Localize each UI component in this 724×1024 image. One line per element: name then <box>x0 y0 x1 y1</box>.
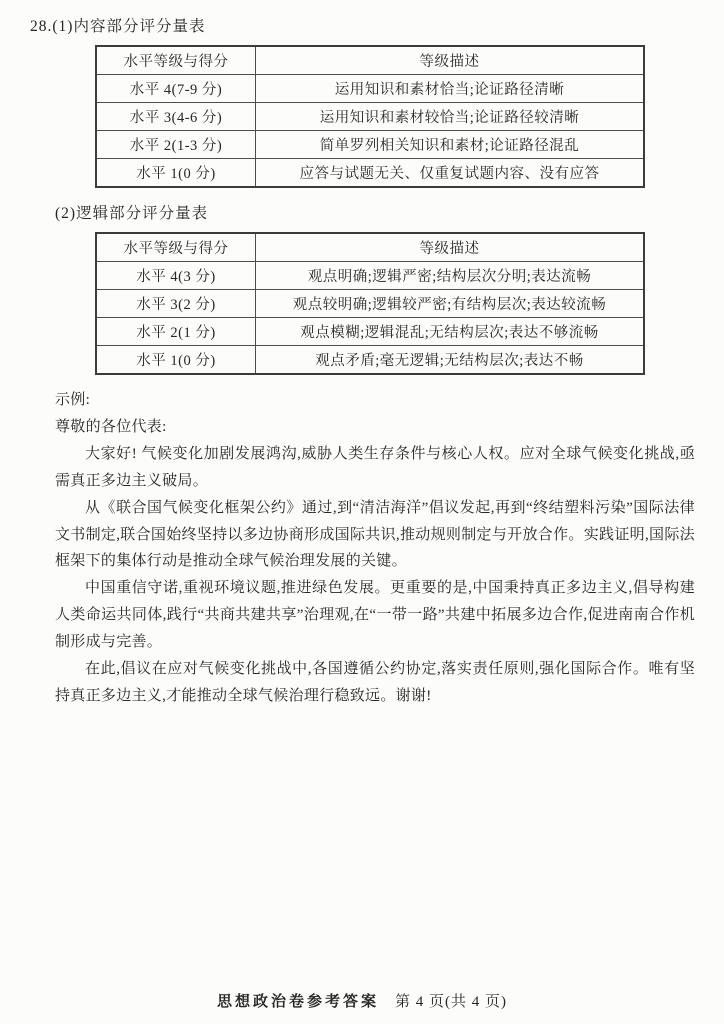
level-cell: 水平 2(1-3 分) <box>96 131 256 159</box>
salutation: 尊敬的各位代表: <box>55 414 695 441</box>
table-row: 水平 3(2 分) 观点较明确;逻辑较严密;有结构层次;表达较流畅 <box>96 290 644 318</box>
level-cell: 水平 3(4-6 分) <box>96 103 256 131</box>
table-row: 水平 2(1-3 分) 简单罗列相关知识和素材;论证路径混乱 <box>96 131 644 159</box>
desc-cell: 简单罗列相关知识和素材;论证路径混乱 <box>256 131 645 159</box>
table-row: 水平 4(3 分) 观点明确;逻辑严密;结构层次分明;表达流畅 <box>96 262 644 290</box>
level-cell: 水平 4(7-9 分) <box>96 75 256 103</box>
content-section-title: 28.(1)内容部分评分量表 <box>30 14 724 36</box>
example-label: 示例: <box>55 387 695 414</box>
footer-page-number: 第 4 页(共 4 页) <box>395 994 507 1010</box>
table-row: 水平 1(0 分) 应答与试题无关、仅重复试题内容、没有应答 <box>96 159 644 188</box>
logic-table-header-desc: 等级描述 <box>256 233 645 262</box>
paragraph-2: 从《联合国气候变化框架公约》通过,到“清洁海洋”倡议发起,再到“终结塑料污染”国… <box>55 495 695 576</box>
desc-cell: 应答与试题无关、仅重复试题内容、没有应答 <box>256 159 645 188</box>
logic-section-title: (2)逻辑部分评分量表 <box>55 201 724 223</box>
example-answer-text: 示例: 尊敬的各位代表: 大家好! 气候变化加剧发展鸿沟,威胁人类生存条件与核心… <box>55 387 695 710</box>
logic-table-header-level: 水平等级与得分 <box>96 233 256 262</box>
table-row: 水平 4(7-9 分) 运用知识和素材恰当;论证路径清晰 <box>96 75 644 103</box>
level-cell: 水平 4(3 分) <box>96 262 256 290</box>
level-cell: 水平 3(2 分) <box>96 290 256 318</box>
footer-answer-key-title: 思想政治卷参考答案 <box>217 994 379 1010</box>
level-cell: 水平 1(0 分) <box>96 159 256 188</box>
desc-cell: 运用知识和素材较恰当;论证路径较清晰 <box>256 103 645 131</box>
desc-cell: 观点较明确;逻辑较严密;有结构层次;表达较流畅 <box>256 290 645 318</box>
table-header-row: 水平等级与得分 等级描述 <box>96 233 644 262</box>
level-cell: 水平 1(0 分) <box>96 346 256 375</box>
desc-cell: 观点模糊;逻辑混乱;无结构层次;表达不够流畅 <box>256 318 645 346</box>
desc-cell: 观点明确;逻辑严密;结构层次分明;表达流畅 <box>256 262 645 290</box>
page-footer: 思想政治卷参考答案第 4 页(共 4 页) <box>0 990 724 1011</box>
logic-scoring-table: 水平等级与得分 等级描述 水平 4(3 分) 观点明确;逻辑严密;结构层次分明;… <box>95 232 645 375</box>
desc-cell: 运用知识和素材恰当;论证路径清晰 <box>256 75 645 103</box>
table-header-row: 水平等级与得分 等级描述 <box>96 46 644 75</box>
exam-answer-page: 28.(1)内容部分评分量表 水平等级与得分 等级描述 水平 4(7-9 分) … <box>0 0 724 1024</box>
content-table-header-desc: 等级描述 <box>256 46 645 75</box>
table-row: 水平 2(1 分) 观点模糊;逻辑混乱;无结构层次;表达不够流畅 <box>96 318 644 346</box>
table-row: 水平 3(4-6 分) 运用知识和素材较恰当;论证路径较清晰 <box>96 103 644 131</box>
content-scoring-table: 水平等级与得分 等级描述 水平 4(7-9 分) 运用知识和素材恰当;论证路径清… <box>95 45 645 188</box>
desc-cell: 观点矛盾;毫无逻辑;无结构层次;表达不畅 <box>256 346 645 375</box>
content-table-header-level: 水平等级与得分 <box>96 46 256 75</box>
table-row: 水平 1(0 分) 观点矛盾;毫无逻辑;无结构层次;表达不畅 <box>96 346 644 375</box>
paragraph-3: 中国重信守诺,重视环境议题,推进绿色发展。更重要的是,中国秉持真正多边主义,倡导… <box>55 575 695 656</box>
paragraph-4: 在此,倡议在应对气候变化挑战中,各国遵循公约协定,落实责任原则,强化国际合作。唯… <box>55 656 695 710</box>
paragraph-1: 大家好! 气候变化加剧发展鸿沟,威胁人类生存条件与核心人权。应对全球气候变化挑战… <box>55 441 695 495</box>
level-cell: 水平 2(1 分) <box>96 318 256 346</box>
